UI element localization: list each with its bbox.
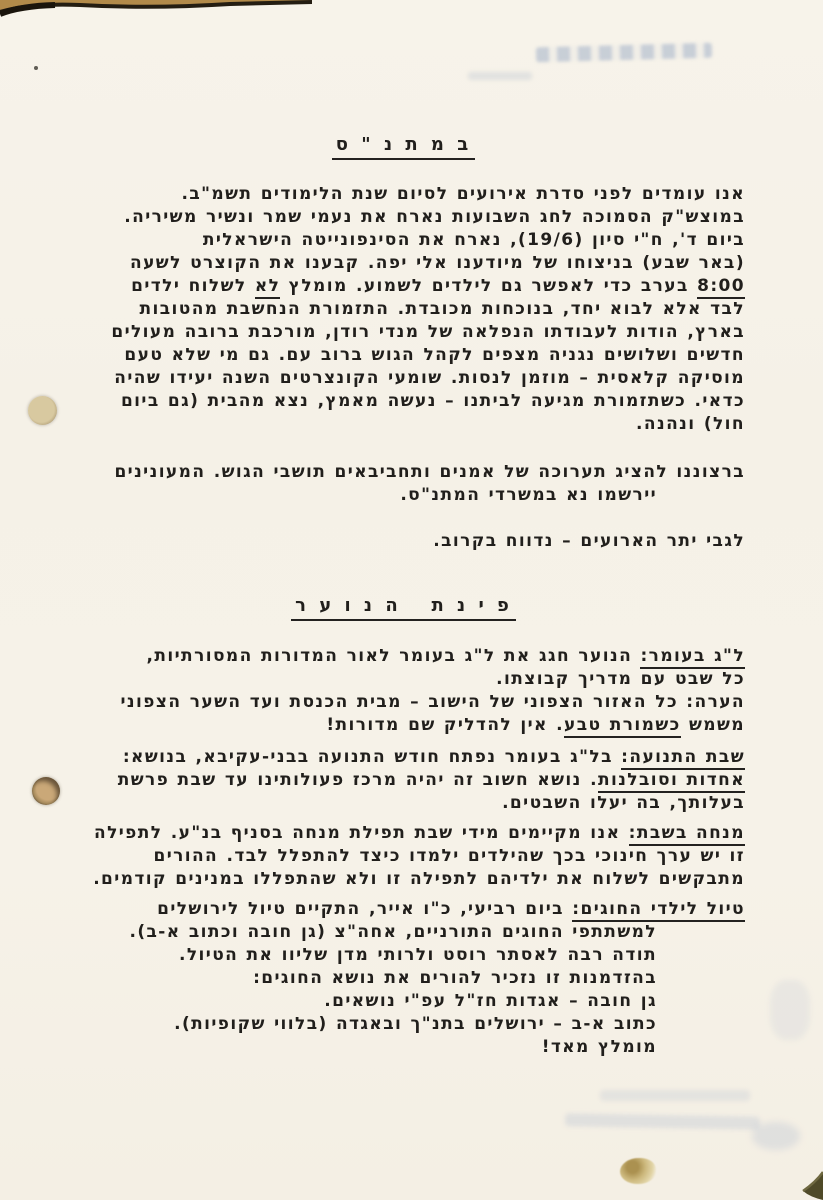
text-segment: . אין להדליק שם מדורות! [326, 715, 564, 735]
text-segment: תודה רבה לאסתר רוסט ולרותי מדן שליוו את … [179, 945, 657, 965]
text-line: ביום ד', ח"י סיון (19/6), נארח את הסינפו… [62, 229, 745, 252]
text-segment: לגבי יתר הארועים – נדווח בקרוב. [433, 531, 745, 551]
text-segment: ביום רביעי, כ"ו אייר, התקיים טיול לירושל… [157, 899, 572, 919]
text-line: לבד אלא לבוא יחד, בנוכחות מכובדת. התזמור… [62, 298, 745, 321]
document-body: ב מ ת נ " ס אנו עומדים לפני סדרת אירועים… [62, 0, 745, 1059]
punch-hole-bottom [32, 777, 60, 805]
text-segment: משמש [681, 715, 745, 735]
text-line: בארץ, הודות לעבודתו הנפלאה של מנדי רודן,… [62, 321, 745, 344]
text-line: ל"ג בעומר: הנוער חגג את ל"ג בעומר לאור ה… [62, 645, 745, 668]
text-segment: למשתתפי החוגים התורניים, אחה"צ (גן חובה … [130, 922, 657, 942]
underlined-text: לא [255, 276, 280, 299]
text-segment: כל שבט עם מדריך קבוצתו. [496, 669, 745, 689]
title-wrap-youth-corner: פ י נ ת ה נ ו ע ר [62, 594, 745, 617]
text-line: גן חובה – אגדות חז"ל עפ"י נושאים. [62, 990, 745, 1013]
text-segment: בהזדמנות זו נזכיר להורים את נושא החוגים: [253, 968, 657, 988]
text-line: ברצוננו להציג תערוכה של אמנים ותחביבאים … [62, 461, 745, 484]
paragraph-lag-baomer: ל"ג בעומר: הנוער חגג את ל"ג בעומר לאור ה… [62, 645, 745, 737]
text-segment: בארץ, הודות לעבודתו הנפלאה של מנדי רודן,… [111, 322, 745, 342]
text-segment: יירשמו נא במשרדי המתנ"ס. [400, 485, 657, 505]
text-segment: ביום ד', ח"י סיון (19/6), נארח את הסינפו… [203, 230, 745, 250]
text-line: 8:00 בערב כדי לאפשר גם לילדים לשמוע. מומ… [62, 275, 745, 298]
text-segment: . נושא חשוב זה יהיה מרכז פעולותינו עד שב… [118, 770, 598, 790]
text-line: במוצש"ק הסמוכה לחג השבועות נארח את נעמי … [62, 206, 745, 229]
text-line: חדשים ושלושים נגניה מצפים לקהל הגוש ברוב… [62, 344, 745, 367]
text-line: כדאי. כשתזמורת מגיעה לביתנו – נעשה מאמץ,… [62, 390, 745, 413]
paragraph-events-intro: אנו עומדים לפני סדרת אירועים לסיום שנת ה… [62, 183, 745, 436]
text-line: תודה רבה לאסתר רוסט ולרותי מדן שליוו את … [62, 944, 745, 967]
section-title-youth-corner: פ י נ ת ה נ ו ע ר [291, 594, 516, 621]
underlined-text: 8:00 [697, 276, 745, 299]
text-segment: מומלץ מאד! [542, 1037, 657, 1057]
text-line: לגבי יתר הארועים – נדווח בקרוב. [62, 530, 745, 553]
paragraph-exhibition: ברצוננו להציג תערוכה של אמנים ותחביבאים … [62, 461, 745, 507]
text-line: מתבקשים לשלוח את ילדיהם לתפילה זו ולא שה… [62, 868, 745, 891]
text-line: מנחה בשבת: אנו מקיימים מידי שבת תפילת מנ… [62, 822, 745, 845]
underlined-text: טיול לילדי החוגים: [572, 899, 745, 922]
ink-speck [34, 66, 38, 70]
text-segment: במוצש"ק הסמוכה לחג השבועות נארח את נעמי … [124, 207, 745, 227]
paragraph-tiyul-chugim: טיול לילדי החוגים: ביום רביעי, כ"ו אייר,… [62, 898, 745, 1059]
text-line: שבת התנועה: בל"ג בעומר נפתח חודש התנועה … [62, 746, 745, 769]
paper-stain [620, 1158, 656, 1184]
text-line: אחדות וסובלנות. נושא חשוב זה יהיה מרכז פ… [62, 769, 745, 792]
text-line: הערה: כל האזור הצפוני של הישוב – מבית הכ… [62, 691, 745, 714]
text-segment: אנו מקיימים מידי שבת תפילת מנחה בסניף בנ… [94, 823, 629, 843]
text-segment: ברצוננו להציג תערוכה של אמנים ותחביבאים … [114, 462, 745, 482]
text-segment: כדאי. כשתזמורת מגיעה לביתנו – נעשה מאמץ,… [121, 391, 745, 411]
underlined-text: מנחה בשבת: [629, 823, 745, 846]
text-segment: כתוב א-ב – ירושלים בתנ"ך ובאגדה (בלווי ש… [174, 1014, 657, 1034]
text-segment: אנו עומדים לפני סדרת אירועים לסיום שנת ה… [181, 184, 745, 204]
bleed-through-smudge [770, 980, 810, 1040]
text-segment: בערב כדי לאפשר גם לילדים לשמוע. מומלץ [280, 276, 697, 296]
text-line: יירשמו נא במשרדי המתנ"ס. [62, 484, 745, 507]
bleed-through-smudge [600, 1090, 750, 1101]
text-segment: הנוער חגג את ל"ג בעומר לאור המדורות המסו… [147, 646, 641, 666]
text-segment: לשלוח ילדים [131, 276, 255, 296]
bleed-through-smudge [565, 1113, 760, 1129]
underlined-text: שבת התנועה: [621, 747, 745, 770]
text-segment: בעלותך, בה יעלו השבטים. [502, 793, 745, 813]
paragraph-shabbat-tnua: שבת התנועה: בל"ג בעומר נפתח חודש התנועה … [62, 746, 745, 815]
scan-corner-bottom-right [795, 1168, 823, 1200]
text-line: טיול לילדי החוגים: ביום רביעי, כ"ו אייר,… [62, 898, 745, 921]
text-line: חול) ונהנה. [62, 413, 745, 436]
text-segment: חול) ונהנה. [636, 414, 745, 434]
text-segment: הערה: כל האזור הצפוני של הישוב – מבית הכ… [121, 692, 745, 712]
text-segment: לבד אלא לבוא יחד, בנוכחות מכובדת. התזמור… [140, 299, 746, 319]
text-line: משמש כשמורת טבע. אין להדליק שם מדורות! [62, 714, 745, 737]
text-line: זו יש ערך חינוכי בכך שהילדים ילמדו כיצד … [62, 845, 745, 868]
text-segment: בל"ג בעומר נפתח חודש התנועה בבני-עקיבא, … [123, 747, 621, 767]
punch-hole-top [28, 396, 57, 425]
underlined-text: ל"ג בעומר: [640, 646, 745, 669]
text-segment: (באר שבע) בניצוחו של מיודענו אלי יפה. קב… [130, 253, 745, 273]
paragraph-more-events: לגבי יתר הארועים – נדווח בקרוב. [62, 530, 745, 553]
text-segment: חדשים ושלושים נגניה מצפים לקהל הגוש ברוב… [124, 345, 745, 365]
title-wrap-matnas: ב מ ת נ " ס [62, 133, 745, 156]
text-line: כל שבט עם מדריך קבוצתו. [62, 668, 745, 691]
text-line: (באר שבע) בניצוחו של מיודענו אלי יפה. קב… [62, 252, 745, 275]
text-line: למשתתפי החוגים התורניים, אחה"צ (גן חובה … [62, 921, 745, 944]
text-segment: מתבקשים לשלוח את ילדיהם לתפילה זו ולא שה… [93, 869, 745, 889]
text-segment: גן חובה – אגדות חז"ל עפ"י נושאים. [324, 991, 657, 1011]
text-line: בעלותך, בה יעלו השבטים. [62, 792, 745, 815]
section-title-matnas: ב מ ת נ " ס [332, 133, 475, 160]
text-line: מומלץ מאד! [62, 1036, 745, 1059]
bleed-through-smudge [752, 1122, 800, 1150]
scanned-document-page: ב מ ת נ " ס אנו עומדים לפני סדרת אירועים… [0, 0, 823, 1200]
text-line: כתוב א-ב – ירושלים בתנ"ך ובאגדה (בלווי ש… [62, 1013, 745, 1036]
underlined-text: אחדות וסובלנות [598, 770, 745, 793]
underlined-text: כשמורת טבע [564, 715, 681, 738]
text-line: אנו עומדים לפני סדרת אירועים לסיום שנת ה… [62, 183, 745, 206]
text-line: בהזדמנות זו נזכיר להורים את נושא החוגים: [62, 967, 745, 990]
paragraph-mincha-shabbat: מנחה בשבת: אנו מקיימים מידי שבת תפילת מנ… [62, 822, 745, 891]
text-line: מוסיקה קלאסית – מוזמן לנסות. שומעי הקונצ… [62, 367, 745, 390]
text-segment: זו יש ערך חינוכי בכך שהילדים ילמדו כיצד … [153, 846, 745, 866]
text-segment: מוסיקה קלאסית – מוזמן לנסות. שומעי הקונצ… [114, 368, 745, 388]
